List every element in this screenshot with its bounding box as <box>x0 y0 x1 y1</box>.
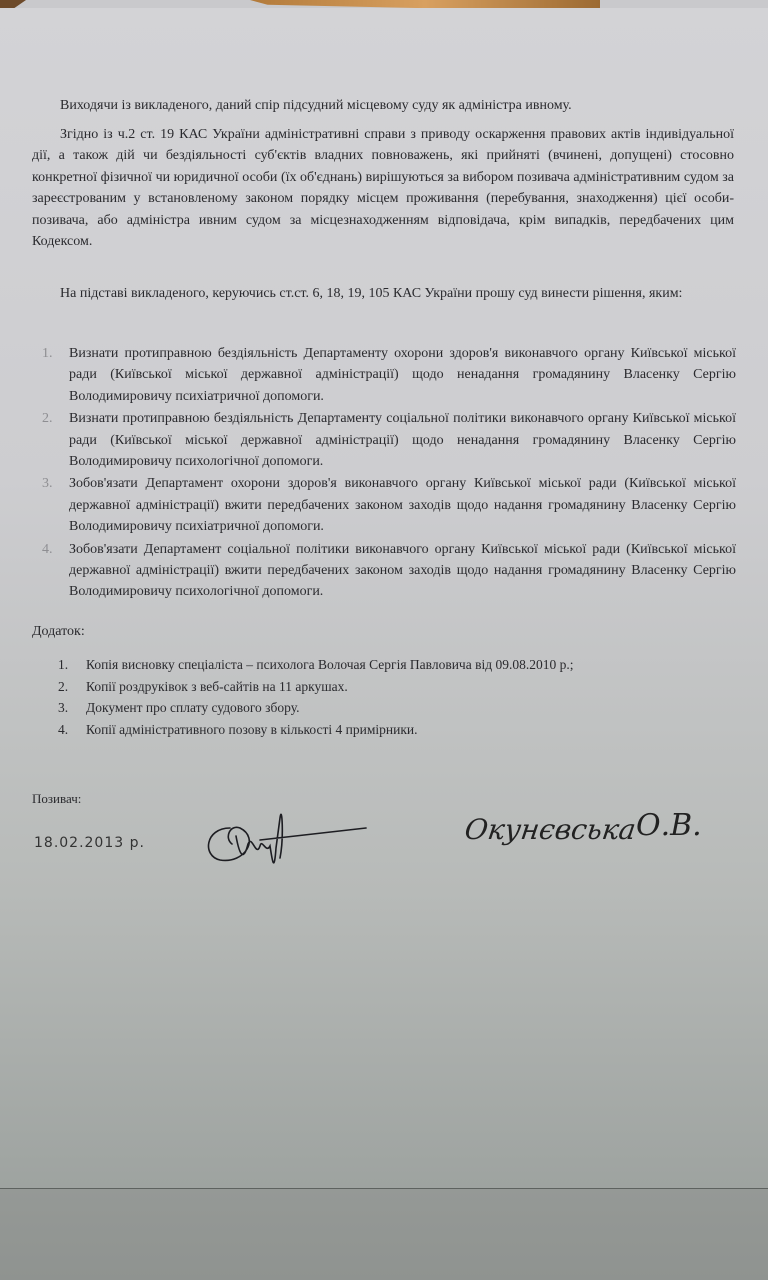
annex-item: 4.Копії адміністративного позову в кільк… <box>58 719 698 741</box>
annex-list: 1.Копія висновку спеціаліста – психолога… <box>58 654 698 740</box>
signature-initials: О.В. <box>636 808 702 843</box>
claims-list: 1.Визнати протиправною бездіяльність Деп… <box>42 343 736 604</box>
annex-item: 2.Копії роздруківок з веб-сайтів на 11 а… <box>58 676 698 698</box>
plaintiff-label: Позивач: <box>32 788 734 809</box>
paragraph-request: На підставі викладеного, керуючись ст.ст… <box>32 283 734 304</box>
signature-name: Окунєвська <box>463 813 638 846</box>
claim-item: 4.Зобов'язати Департамент соціальної пол… <box>42 539 736 603</box>
document-page: Виходячи із викладеного, даний спір підс… <box>0 8 768 1189</box>
handwritten-date: 18.02.2013 р. <box>34 835 145 851</box>
claim-item: 2.Визнати протиправною бездіяльність Деп… <box>42 408 736 472</box>
claim-item: 3.Зобов'язати Департамент охорони здоров… <box>42 473 736 537</box>
paragraph-legal-basis: Згідно із ч.2 ст. 19 КАС України адмініс… <box>32 124 734 252</box>
annex-item: 3.Документ про сплату судового збору. <box>58 697 698 719</box>
claim-item: 1.Визнати протиправною бездіяльність Деп… <box>42 343 736 407</box>
paragraph-jurisdiction: Виходячи із викладеного, даний спір підс… <box>32 95 734 116</box>
annex-label: Додаток: <box>32 621 734 642</box>
annex-item: 1.Копія висновку спеціаліста – психолога… <box>58 654 698 676</box>
signature-icon <box>200 798 370 878</box>
